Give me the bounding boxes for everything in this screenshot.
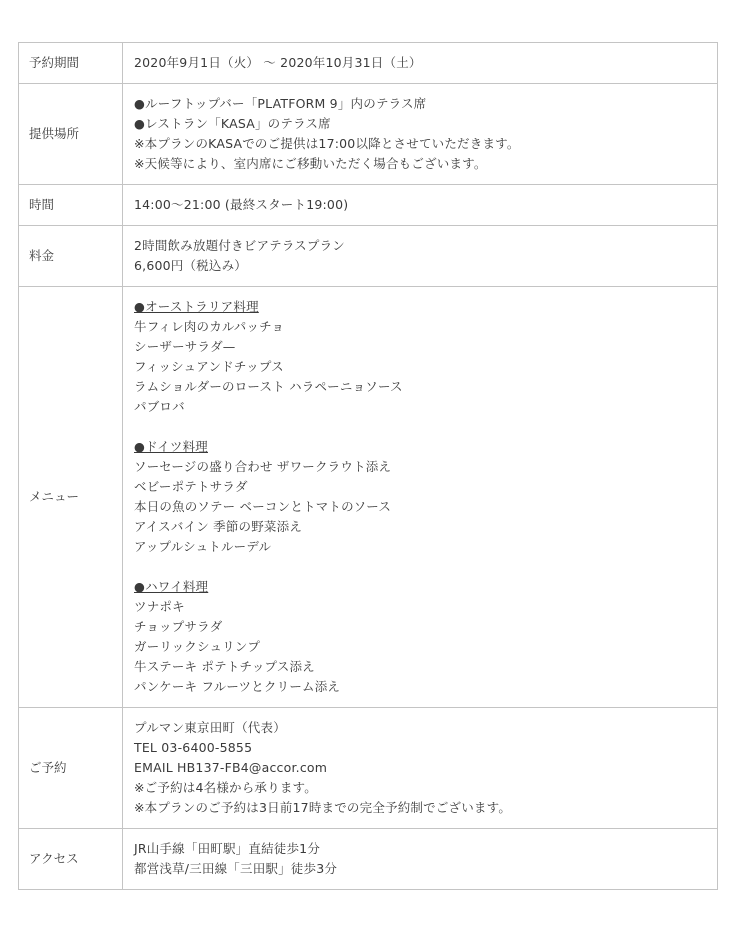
menu-item: フィッシュアンドチップス: [134, 357, 707, 377]
menu-item: 牛フィレ肉のカルパッチョ: [134, 317, 707, 337]
menu-item: ベビーポテトサラダ: [134, 477, 707, 497]
email-address: EMAIL HB137-FB4@accor.com: [134, 758, 707, 778]
value-time: 14:00〜21:00 (最終スタート19:00): [123, 185, 718, 226]
row-access: アクセス JR山手線「田町駅」直結徒歩1分 都営浅草/三田線「三田駅」徒歩3分: [19, 829, 718, 890]
menu-item: ガーリックシュリンプ: [134, 637, 707, 657]
value-reservation-period: 2020年9月1日（火） 〜 2020年10月31日（土）: [123, 43, 718, 84]
spacer: [134, 557, 707, 577]
menu-heading-hawaii: ●ハワイ料理: [134, 577, 707, 597]
row-price: 料金 2時間飲み放題付きビアテラスプラン 6,600円（税込み）: [19, 226, 718, 287]
reservation-note: ※本プランのご予約は3日前17時までの完全予約制でございます。: [134, 798, 707, 818]
label-reservation-period: 予約期間: [19, 43, 123, 84]
label-reservation: ご予約: [19, 708, 123, 829]
menu-item: ツナポキ: [134, 597, 707, 617]
venue-line: ●ルーフトップバー「PLATFORM 9」内のテラス席: [134, 94, 707, 114]
menu-item: アイスバイン 季節の野菜添え: [134, 517, 707, 537]
label-access: アクセス: [19, 829, 123, 890]
label-price: 料金: [19, 226, 123, 287]
menu-heading-australia: ●オーストラリア料理: [134, 297, 707, 317]
value-access: JR山手線「田町駅」直結徒歩1分 都営浅草/三田線「三田駅」徒歩3分: [123, 829, 718, 890]
period-text: 2020年9月1日（火） 〜 2020年10月31日（土）: [134, 53, 707, 73]
menu-heading-germany: ●ドイツ料理: [134, 437, 707, 457]
row-venue: 提供場所 ●ルーフトップバー「PLATFORM 9」内のテラス席 ●レストラン「…: [19, 84, 718, 185]
label-venue: 提供場所: [19, 84, 123, 185]
venue-note: ※本プランのKASAでのご提供は17:00以降とさせていただきます。: [134, 134, 707, 154]
menu-item: チョップサラダ: [134, 617, 707, 637]
hotel-name: プルマン東京田町（代表）: [134, 718, 707, 738]
value-venue: ●ルーフトップバー「PLATFORM 9」内のテラス席 ●レストラン「KASA」…: [123, 84, 718, 185]
time-text: 14:00〜21:00 (最終スタート19:00): [134, 195, 707, 215]
menu-item: パンケーキ フルーツとクリーム添え: [134, 677, 707, 697]
menu-item: シーザーサラダ—: [134, 337, 707, 357]
menu-item: パブロバ: [134, 397, 707, 417]
value-price: 2時間飲み放題付きビアテラスプラン 6,600円（税込み）: [123, 226, 718, 287]
label-menu: メニュー: [19, 287, 123, 708]
row-menu: メニュー ●オーストラリア料理 牛フィレ肉のカルパッチョ シーザーサラダ— フィ…: [19, 287, 718, 708]
menu-item: 牛ステーキ ポテトチップス添え: [134, 657, 707, 677]
label-time: 時間: [19, 185, 123, 226]
menu-item: アップルシュトルーデル: [134, 537, 707, 557]
row-reservation: ご予約 プルマン東京田町（代表） TEL 03-6400-5855 EMAIL …: [19, 708, 718, 829]
venue-note: ※天候等により、室内席にご移動いただく場合もございます。: [134, 154, 707, 174]
value-menu: ●オーストラリア料理 牛フィレ肉のカルパッチョ シーザーサラダ— フィッシュアン…: [123, 287, 718, 708]
access-line: 都営浅草/三田線「三田駅」徒歩3分: [134, 859, 707, 879]
row-time: 時間 14:00〜21:00 (最終スタート19:00): [19, 185, 718, 226]
value-reservation: プルマン東京田町（代表） TEL 03-6400-5855 EMAIL HB13…: [123, 708, 718, 829]
spacer: [134, 417, 707, 437]
plan-name: 2時間飲み放題付きビアテラスプラン: [134, 236, 707, 256]
access-line: JR山手線「田町駅」直結徒歩1分: [134, 839, 707, 859]
reservation-note: ※ご予約は4名様から承ります。: [134, 778, 707, 798]
menu-item: ソーセージの盛り合わせ ザワークラウト添え: [134, 457, 707, 477]
menu-item: 本日の魚のソテー ベーコンとトマトのソース: [134, 497, 707, 517]
menu-item: ラムショルダーのロースト ハラペーニョソース: [134, 377, 707, 397]
plan-info-table: 予約期間 2020年9月1日（火） 〜 2020年10月31日（土） 提供場所 …: [18, 42, 718, 890]
phone-number: TEL 03-6400-5855: [134, 738, 707, 758]
venue-line: ●レストラン「KASA」のテラス席: [134, 114, 707, 134]
row-reservation-period: 予約期間 2020年9月1日（火） 〜 2020年10月31日（土）: [19, 43, 718, 84]
plan-price: 6,600円（税込み）: [134, 256, 707, 276]
